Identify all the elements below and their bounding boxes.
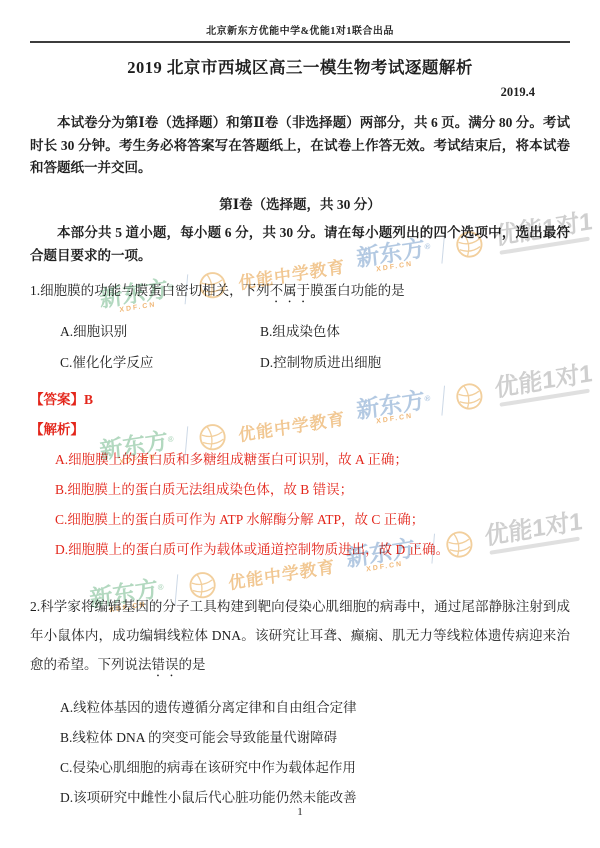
question-2-options: A.线粒体基因的遗传遵循分离定律和自由组合定律 B.线粒体 DNA 的突变可能会… <box>30 693 570 813</box>
analysis-item-a: A.细胞膜上的蛋白质和多糖组成糖蛋白可识别，故 A 正确； <box>30 450 570 470</box>
page-number: 1 <box>0 806 600 818</box>
question-1-options: A.细胞识别 B.组成染色体 C.催化化学反应 D.控制物质进出细胞 <box>30 322 570 373</box>
answer-label: 【答案】 <box>30 392 84 407</box>
question-2-stem-emphasis: 错误 <box>152 657 179 672</box>
option-a: A.细胞识别 <box>60 322 260 342</box>
question-1-stem: 1.细胞膜的功能与膜蛋白密切相关，下列不属于膜蛋白功能的是 <box>30 281 570 306</box>
question-2-stem-post: 的是 <box>179 657 206 672</box>
analysis-item-d: D.细胞膜上的蛋白质可作为载体或通道控制物质进出，故 D 正确。 <box>30 540 570 560</box>
page-title: 2019 北京市西城区高三一模生物考试逐题解析 <box>30 54 570 78</box>
question-1-stem-pre: 1.细胞膜的功能与膜蛋白密切相关，下列 <box>30 283 270 298</box>
document-page: 新东方®XDF.CN 优能中学教育 新东方®XDF.CN 优能1对1 新东方®X… <box>0 0 600 848</box>
question-1-stem-post: 膜蛋白功能的是 <box>310 283 405 298</box>
question-1-stem-emphasis: 不属于 <box>270 283 311 298</box>
option-a: A.线粒体基因的遗传遵循分离定律和自由组合定律 <box>60 693 570 723</box>
analysis-label: 【解析】 <box>30 420 570 440</box>
masthead: 北京新东方优能中学&优能1对1联合出品 <box>30 22 570 37</box>
section1-note: 本部分共 5 道小题，每小题 6 分，共 30 分。请在每小题列出的四个选项中，… <box>30 222 570 267</box>
header-rule <box>30 41 570 43</box>
exam-date: 2019.4 <box>30 85 570 100</box>
option-b: B.线粒体 DNA 的突变可能会导致能量代谢障碍 <box>60 723 570 753</box>
answer-line: 【答案】B <box>30 390 570 410</box>
document-content: 北京新东方优能中学&优能1对1联合出品 2019 北京市西城区高三一模生物考试逐… <box>0 0 600 848</box>
exam-instructions: 本试卷分为第Ⅰ卷（选择题）和第Ⅱ卷（非选择题）两部分，共 6 页。满分 80 分… <box>30 112 570 180</box>
option-c: C.侵染心肌细胞的病毒在该研究中作为载体起作用 <box>60 753 570 783</box>
option-c: C.催化化学反应 <box>60 353 260 373</box>
analysis-item-b: B.细胞膜上的蛋白质无法组成染色体，故 B 错误； <box>30 480 570 500</box>
analysis-item-c: C.细胞膜上的蛋白质可作为 ATP 水解酶分解 ATP，故 C 正确； <box>30 510 570 530</box>
section1-heading: 第Ⅰ卷（选择题，共 30 分） <box>30 193 570 213</box>
question-2-stem-pre: 2.科学家将编辑基因的分子工具构建到靶向侵染心肌细胞的病毒中，通过尾部静脉注射到… <box>30 599 570 672</box>
option-b: B.组成染色体 <box>260 322 570 342</box>
option-d: D.控制物质进出细胞 <box>260 353 570 373</box>
answer-value: B <box>84 392 93 407</box>
question-2-stem: 2.科学家将编辑基因的分子工具构建到靶向侵染心肌细胞的病毒中，通过尾部静脉注射到… <box>30 592 570 680</box>
